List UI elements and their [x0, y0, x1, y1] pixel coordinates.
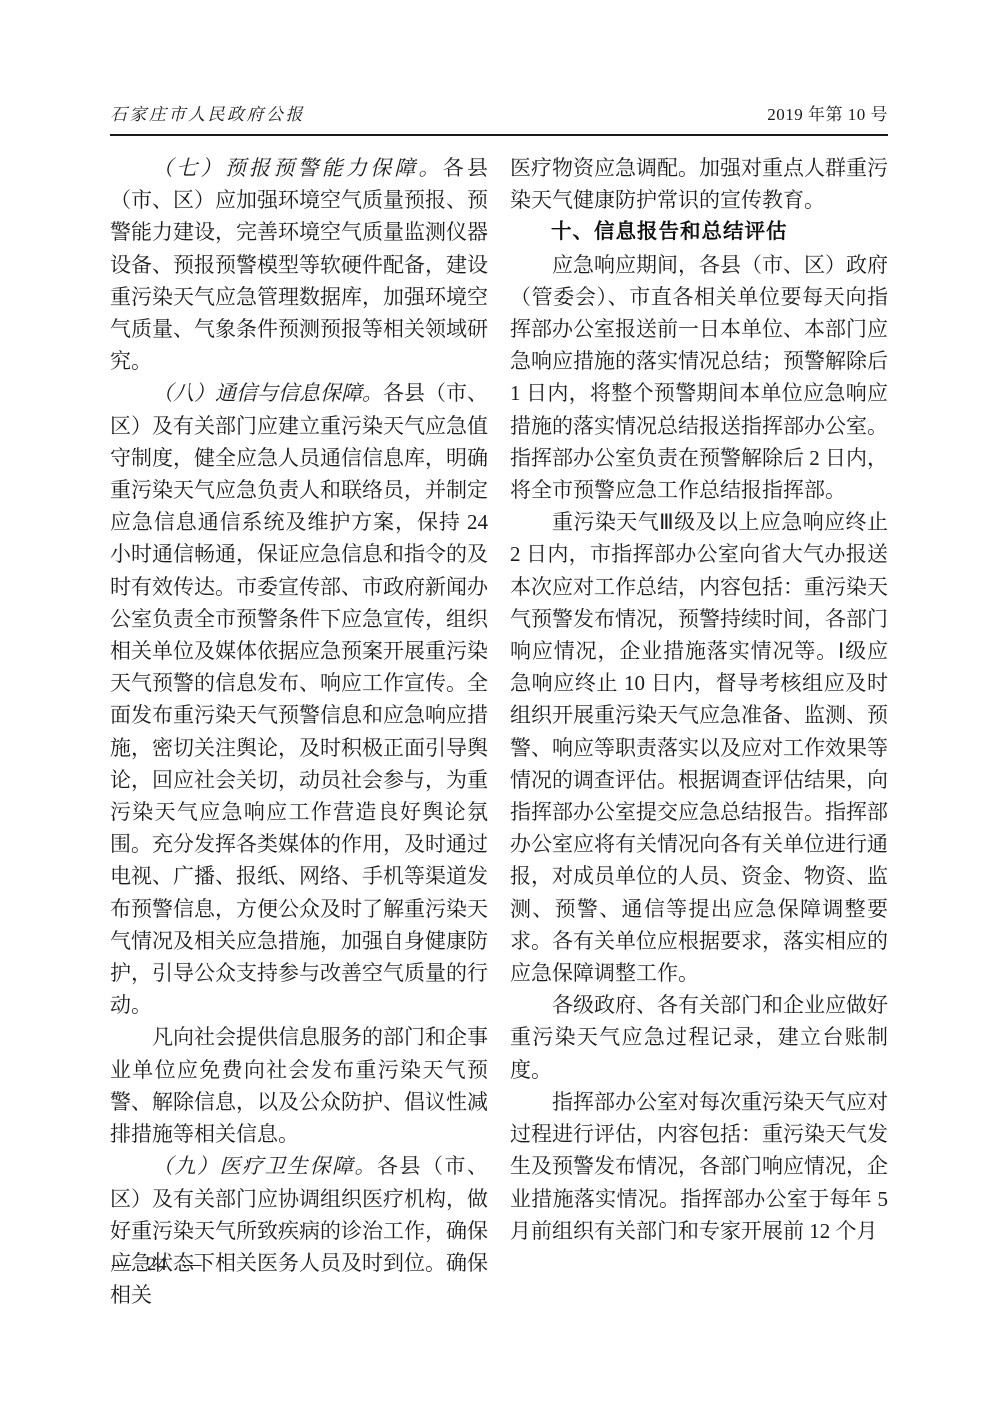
clause-8-lead: （八）通信与信息保障。 [152, 381, 383, 405]
annual-assessment-body: 指挥部办公室对每次重污染天气应对过程进行评估，内容包括：重污染天气发生及预警发布… [510, 1090, 888, 1243]
info-service-body: 凡向社会提供信息服务的部门和企事业单位应免费向社会发布重污染天气预警、解除信息，… [110, 1025, 488, 1146]
clause-8-body: 各县（市、区）及有关部门应建立重污染天气应急值守制度，健全应急人员通信信息库，明… [110, 381, 488, 1017]
clause-9-continuation-body: 医疗物资应急调配。加强对重点人群重污染天气健康防护常识的宣传教育。 [510, 156, 888, 212]
paragraph-annual-assessment: 指挥部办公室对每次重污染天气应对过程进行评估，内容包括：重污染天气发生及预警发布… [510, 1086, 888, 1247]
paragraph-info-service: 凡向社会提供信息服务的部门和企事业单位应免费向社会发布重污染天气预警、解除信息，… [110, 1021, 488, 1150]
clause-7-body: 各县（市、区）应加强环境空气质量预报、预警能力建设，完善环境空气质量监测仪器设备… [110, 156, 488, 373]
paragraph-evaluation: 重污染天气Ⅲ级及以上应急响应终止 2 日内，市指挥部办公室向省大气办报送本次应对… [510, 506, 888, 989]
issue-number: 2019 年第 10 号 [767, 104, 888, 126]
paragraph-clause-8: （八）通信与信息保障。各县（市、区）及有关部门应建立重污染天气应急值守制度，健全… [110, 377, 488, 1021]
page-header: 石家庄市人民政府公报 2019 年第 10 号 [110, 104, 888, 136]
paragraph-records: 各级政府、各有关部门和企业应做好重污染天气应急过程记录，建立台账制度。 [510, 989, 888, 1086]
left-column: （七）预报预警能力保障。各县（市、区）应加强环境空气质量预报、预警能力建设，完善… [110, 152, 488, 1311]
right-column: 医疗物资应急调配。加强对重点人群重污染天气健康防护常识的宣传教育。 十、信息报告… [510, 152, 888, 1247]
paragraph-clause-9: （九）医疗卫生保障。各县（市、区）及有关部门应协调组织医疗机构，做好重污染天气所… [110, 1150, 488, 1311]
reporting-body: 应急响应期间，各县（市、区）政府（管委会）、市直各相关单位要每天向指挥部办公室报… [510, 253, 888, 502]
publication-title: 石家庄市人民政府公报 [110, 104, 305, 126]
paragraph-clause-9-continuation: 医疗物资应急调配。加强对重点人群重污染天气健康防护常识的宣传教育。 [510, 152, 888, 216]
page-number: — 24 — [112, 1254, 203, 1275]
gazette-page: 石家庄市人民政府公报 2019 年第 10 号 （七）预报预警能力保障。各县（市… [0, 0, 1000, 1414]
paragraph-reporting: 应急响应期间，各县（市、区）政府（管委会）、市直各相关单位要每天向指挥部办公室报… [510, 249, 888, 507]
page-footer: — 24 — [112, 1254, 203, 1276]
section-heading-10: 十、信息报告和总结评估 [510, 216, 888, 248]
paragraph-clause-7: （七）预报预警能力保障。各县（市、区）应加强环境空气质量预报、预警能力建设，完善… [110, 152, 488, 377]
clause-9-lead: （九）医疗卫生保障。 [152, 1154, 377, 1178]
clause-7-lead: （七）预报预警能力保障。 [152, 156, 443, 180]
evaluation-body: 重污染天气Ⅲ级及以上应急响应终止 2 日内，市指挥部办公室向省大气办报送本次应对… [510, 510, 888, 985]
records-body: 各级政府、各有关部门和企业应做好重污染天气应急过程记录，建立台账制度。 [510, 993, 888, 1081]
